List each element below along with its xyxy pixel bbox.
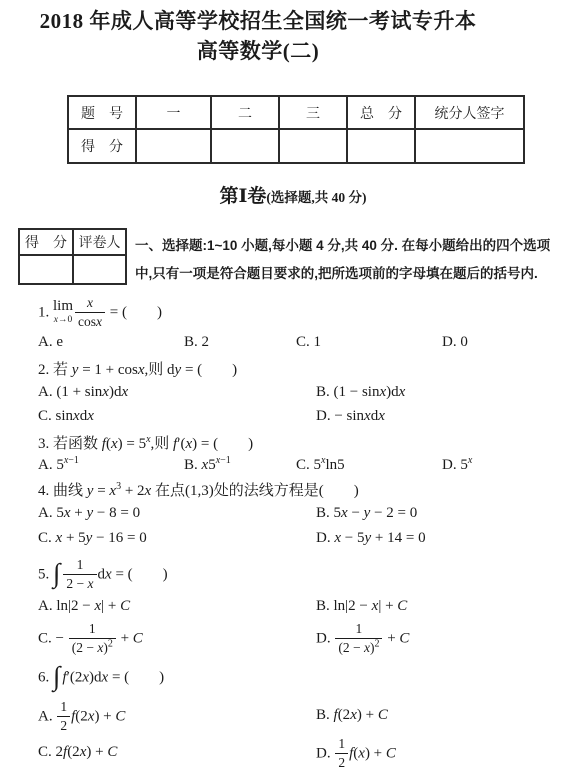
score-table-header-part3: 三 [279, 96, 347, 129]
score-table-header-part2: 二 [211, 96, 279, 129]
section-1-instructions: 一、选择题:1~10 小题,每小题 4 分,共 40 分. 在每小题给出的四个选… [135, 232, 585, 288]
question-5-option-c: C. − 1(2 − x)2 + C [38, 622, 143, 656]
question-4-option-b: B. 5x − y − 2 = 0 [316, 505, 417, 522]
question-4-option-c: C. x + 5y − 16 = 0 [38, 530, 147, 547]
question-3-option-c: C. 5xln5 [296, 457, 345, 474]
score-table-score-label: 得 分 [68, 129, 136, 163]
grader-box-empty-cell [73, 255, 126, 284]
section-1-heading-sub: (选择题,共 40 分) [266, 190, 366, 205]
score-table-header-part1: 一 [136, 96, 211, 129]
score-table-header-signature: 统分人签字 [415, 96, 524, 129]
grader-box-grader-label: 评卷人 [73, 229, 126, 255]
question-2-option-c: C. sinxdx [38, 408, 94, 425]
grader-box-empty-row [19, 255, 126, 284]
question-1-option-c: C. 1 [296, 334, 321, 351]
page-title: 2018 年成人高等学校招生全国统一考试专升本 高等数学(二) [0, 6, 516, 66]
question-1-option-a: A. e [38, 334, 63, 351]
score-table-header-total: 总 分 [347, 96, 415, 129]
page-title-line-2: 高等数学(二) [0, 36, 516, 66]
grader-box-header-row: 得 分 评卷人 [19, 229, 126, 255]
question-2-option-a: A. (1 + sinx)dx [38, 384, 128, 401]
question-6-stem: 6. ∫f′(2x)dx = ( ) [38, 666, 164, 690]
section-1-heading-main: 第Ⅰ卷 [219, 186, 266, 207]
question-4-option-a: A. 5x + y − 8 = 0 [38, 505, 140, 522]
score-table-empty-cell [211, 129, 279, 163]
question-3-option-a: A. 5x−1 [38, 457, 79, 474]
score-table-empty-cell [415, 129, 524, 163]
question-6-option-a: A. 12f(2x) + C [38, 700, 125, 734]
question-5-option-d: D. 1(2 − x)2 + C [316, 622, 409, 656]
question-1-option-b: B. 2 [184, 334, 209, 351]
question-4-stem: 4. 曲线 y = x3 + 2x 在点(1,3)处的法线方程是( ) [38, 479, 359, 500]
page-title-line-1: 2018 年成人高等学校招生全国统一考试专升本 [0, 6, 516, 36]
grader-box-empty-cell [19, 255, 73, 284]
instructions-line-2: 中,只有一项是符合题目要求的,把所选项前的字母填在题后的括号内. [135, 260, 585, 288]
question-1-option-d: D. 0 [442, 334, 468, 351]
section-1-heading: 第Ⅰ卷(选择题,共 40 分) [0, 181, 586, 208]
question-6-option-d: D. 12f(x) + C [316, 737, 396, 771]
question-3-option-d: D. 5x [442, 457, 472, 474]
score-table-header-question-no: 题 号 [68, 96, 136, 129]
score-table: 题 号 一 二 三 总 分 统分人签字 得 分 [67, 95, 525, 164]
question-6-option-c: C. 2f(2x) + C [38, 744, 117, 761]
question-3-option-b: B. x5x−1 [184, 457, 231, 474]
score-table-empty-cell [136, 129, 211, 163]
score-table-score-row: 得 分 [68, 129, 524, 163]
score-table-empty-cell [347, 129, 415, 163]
question-6-option-b: B. f(2x) + C [316, 707, 388, 724]
question-2-stem: 2. 若 y = 1 + cosx,则 dy = ( ) [38, 358, 237, 379]
grader-box-score-label: 得 分 [19, 229, 73, 255]
exam-paper-page: 2018 年成人高等学校招生全国统一考试专升本 高等数学(二) 题 号 一 二 … [0, 0, 586, 771]
score-table-header-row: 题 号 一 二 三 总 分 统分人签字 [68, 96, 524, 129]
question-1-stem: 1. limx→0xcosx = ( ) [38, 296, 162, 330]
question-5-option-b: B. ln|2 − x| + C [316, 598, 407, 615]
question-4-option-d: D. x − 5y + 14 = 0 [316, 530, 426, 547]
grader-box: 得 分 评卷人 [18, 228, 127, 285]
question-2-option-d: D. − sinxdx [316, 408, 385, 425]
question-2-option-b: B. (1 − sinx)dx [316, 384, 405, 401]
instructions-line-1: 一、选择题:1~10 小题,每小题 4 分,共 40 分. 在每小题给出的四个选… [135, 232, 585, 260]
score-table-empty-cell [279, 129, 347, 163]
question-3-stem: 3. 若函数 f(x) = 5x,则 f′(x) = ( ) [38, 432, 253, 453]
question-5-option-a: A. ln|2 − x| + C [38, 598, 130, 615]
question-5-stem: 5. ∫12 − xdx = ( ) [38, 558, 168, 592]
